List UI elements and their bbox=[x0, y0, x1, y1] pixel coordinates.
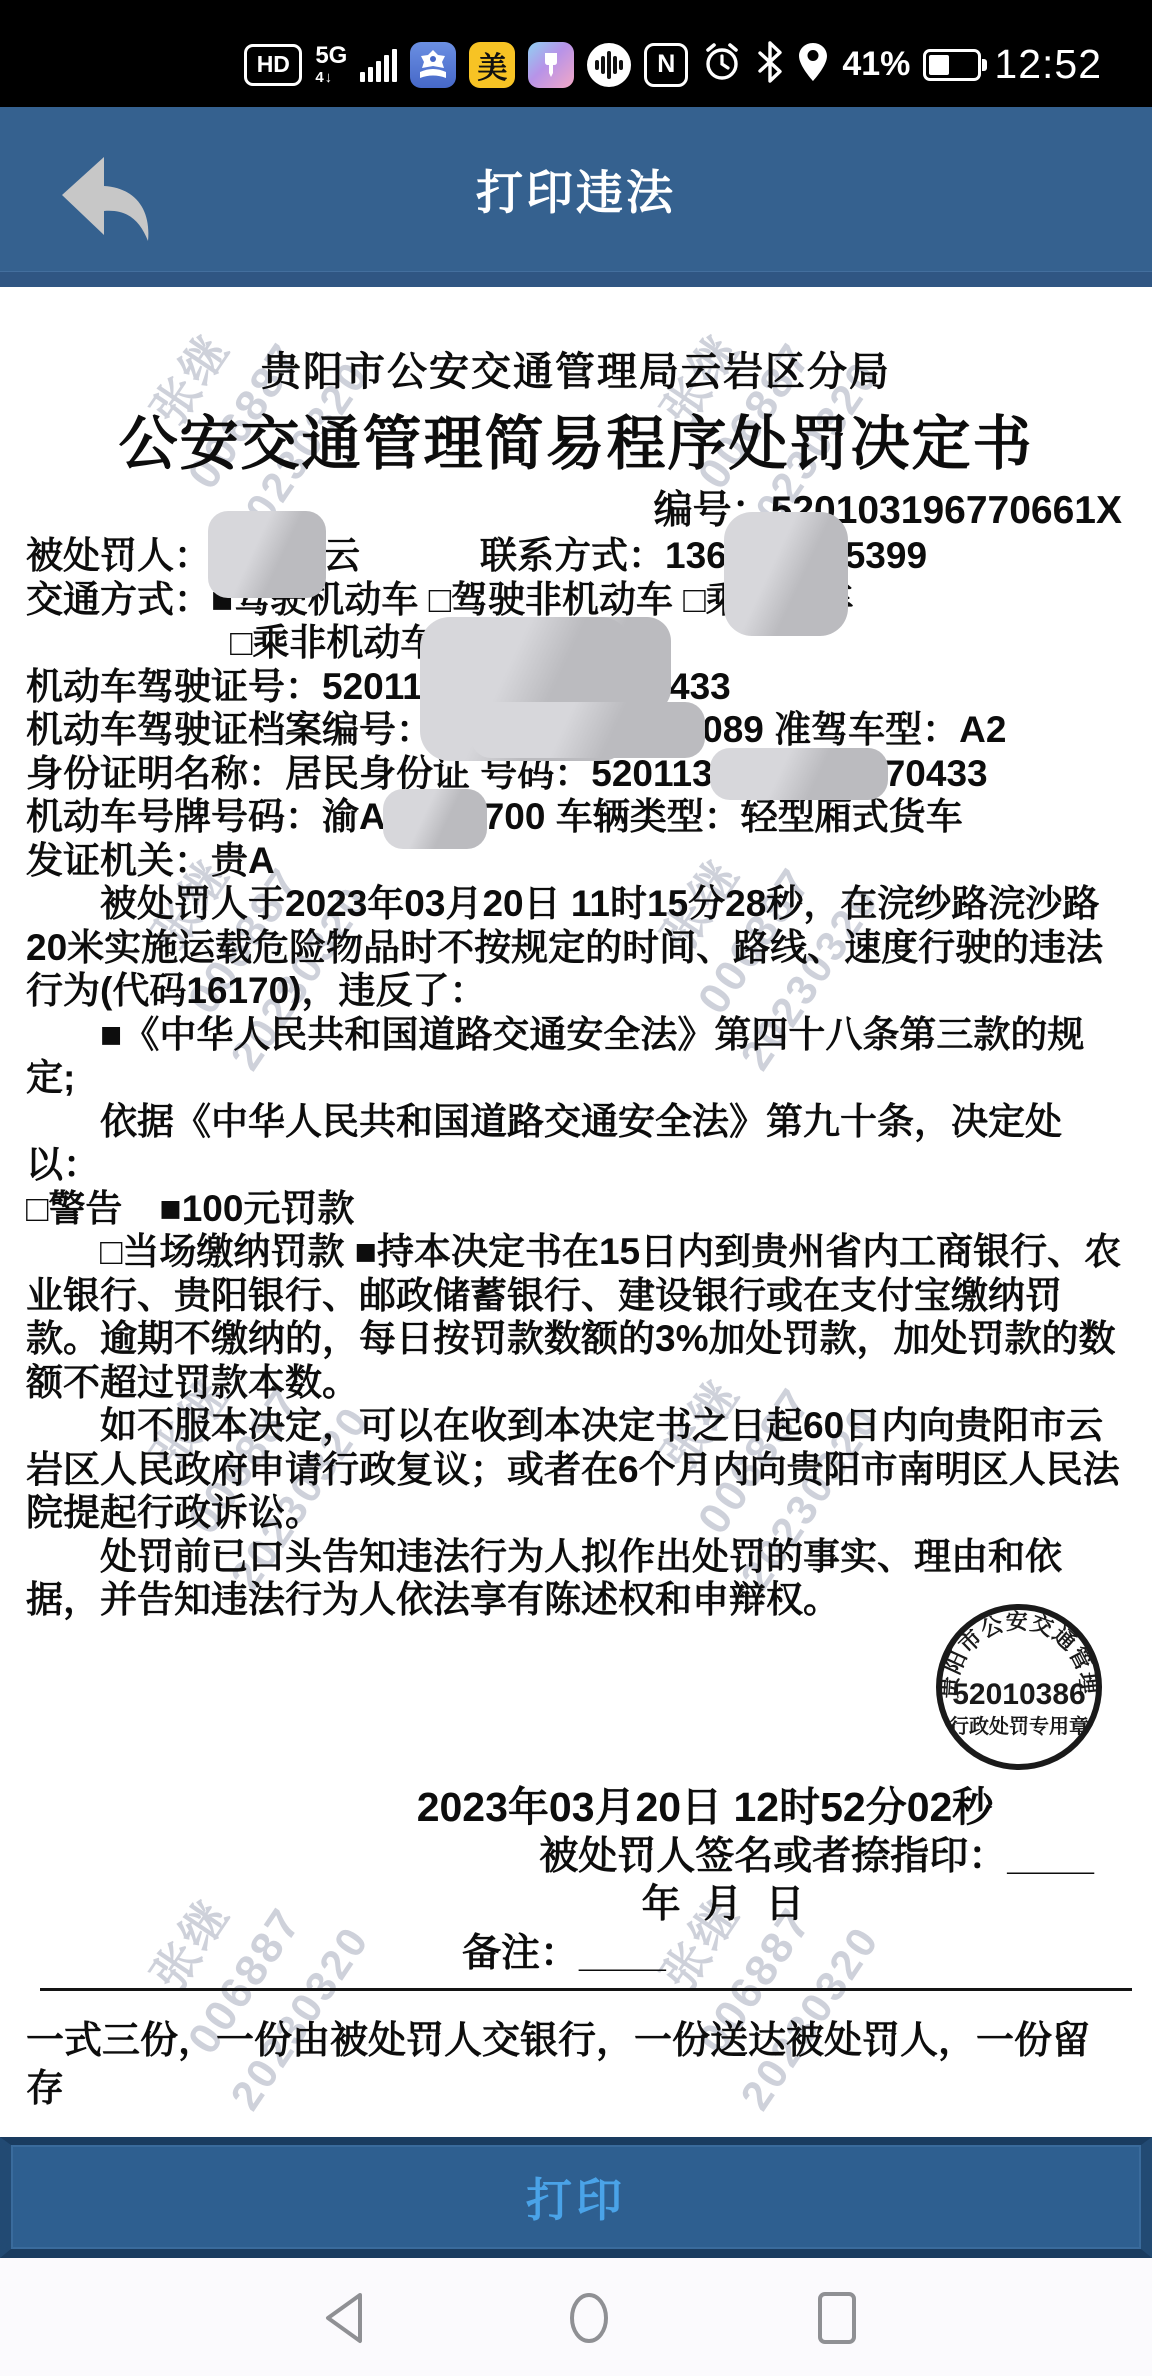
appeal-paragraph: 如不服本决定，可以在收到本决定书之日起60日内向贵阳市云岩区人民政府申请行政复议… bbox=[26, 1404, 1126, 1535]
penalty-document: 张继 006887 20230320 张继 006887 20230320 张继… bbox=[0, 287, 1152, 2137]
file-number-row: 机动车驾驶证档案编号：52089 准驾车型：A2 bbox=[26, 708, 1126, 752]
note-blank: ____ bbox=[579, 1932, 666, 1975]
nav-home-button[interactable] bbox=[567, 2290, 611, 2351]
divider-line bbox=[40, 1988, 1132, 1991]
header-strip bbox=[0, 271, 1152, 287]
page-title: 打印违法 bbox=[0, 107, 1152, 272]
transport-row: 交通方式：■驾驶机动车 □驾驶非机动车 □乘机动车 bbox=[26, 578, 1126, 622]
battery-icon bbox=[923, 49, 981, 81]
official-stamp: 贵阳市公安交通管理局云岩区分局 52010386 行政处罚专用章 bbox=[933, 1601, 1105, 1773]
android-nav-bar bbox=[0, 2258, 1152, 2376]
nfc-icon: N bbox=[644, 43, 688, 87]
redaction-phone bbox=[727, 538, 845, 574]
document-content: 贵阳市公安交通管理局云岩区分局 公安交通管理简易程序处罚决定书 编号：52010… bbox=[0, 287, 1152, 1622]
checkbox-ride-nonmotor: □乘非机动车 bbox=[230, 622, 437, 663]
date-blank-row: 年 月 日 bbox=[300, 1881, 1152, 1929]
meituan-app-notification-icon: 美 bbox=[469, 42, 515, 88]
payment-paragraph: □当场缴纳罚款 ■持本决定书在15日内到贵州省内工商银行、农业银行、贵阳银行、邮… bbox=[26, 1230, 1126, 1404]
nav-back-button[interactable] bbox=[320, 2290, 366, 2351]
network-type: 5G 4↓ bbox=[315, 44, 347, 85]
battery-percent: 41% bbox=[842, 45, 910, 84]
status-bar: HD 5G 4↓ 美 N bbox=[0, 0, 1152, 107]
app-header: 打印违法 bbox=[0, 107, 1152, 287]
nav-recents-button[interactable] bbox=[817, 2290, 857, 2351]
decision-datetime: 2023年03月20日 12时52分02秒 bbox=[258, 1782, 1152, 1832]
law-clause-paragraph: ■《中华人民共和国道路交通安全法》第四十八条第三款的规定; bbox=[26, 1013, 1126, 1100]
print-button-label: 打印 bbox=[526, 2164, 626, 2230]
signature-blank: ____ bbox=[1007, 1835, 1094, 1878]
location-icon bbox=[797, 41, 829, 88]
violation-paragraph: 被处罚人于2023年03月20日 11时15分28秒，在浣纱路浣沙路20米实施运… bbox=[26, 882, 1126, 1013]
document-title: 公安交通管理简易程序处罚决定书 bbox=[26, 409, 1126, 479]
issuer-row: 发证机关：贵A bbox=[26, 839, 1126, 883]
bluetooth-icon bbox=[756, 40, 784, 89]
checkbox-drive-nonmotor: □驾驶非机动车 bbox=[429, 579, 673, 620]
redaction-name bbox=[211, 538, 323, 574]
network-sub-label: 4↓ bbox=[315, 70, 333, 85]
redaction-file-number bbox=[474, 712, 702, 748]
police-app-notification-icon bbox=[410, 42, 456, 88]
issuing-agency: 贵阳市公安交通管理局云岩区分局 bbox=[26, 347, 1126, 397]
stamp-label: 行政处罚专用章 bbox=[949, 1714, 1089, 1738]
screen: { "colors": { "header_blue": "#35618f", … bbox=[0, 0, 1152, 2376]
document-number: 编号：520103196770661X bbox=[26, 487, 1126, 534]
closing-block: 2023年03月20日 12时52分02秒 被处罚人签名或者捺指印：____ 年… bbox=[0, 1782, 1152, 2113]
copies-note: 一式三份，一份由被处罚人交银行，一份送达被处罚人，一份留存 bbox=[0, 2017, 1152, 2113]
status-time: 12:52 bbox=[994, 41, 1102, 88]
signature-row: 被处罚人签名或者捺指印：____ bbox=[0, 1832, 1152, 1881]
penalty-options-row: □警告 ■100元罚款 bbox=[26, 1187, 1126, 1231]
note-row: 备注：____ bbox=[0, 1929, 1152, 1978]
person-row: 被处罚人：云联系方式：1365399 bbox=[26, 534, 1126, 578]
stamp-code: 52010386 bbox=[952, 1678, 1085, 1711]
redaction-id-number bbox=[713, 756, 885, 792]
redaction-license bbox=[423, 669, 628, 705]
paintbrush-app-notification-icon bbox=[528, 42, 574, 88]
print-button[interactable]: 打印 bbox=[0, 2137, 1152, 2258]
hd-icon: HD bbox=[244, 44, 302, 86]
plate-row: 机动车号牌号码：渝A700 车辆类型：轻型厢式货车 bbox=[26, 795, 1126, 839]
alarm-icon bbox=[701, 41, 743, 88]
decision-basis-paragraph: 依据《中华人民共和国道路交通安全法》第九十条，决定处以： bbox=[26, 1100, 1126, 1187]
network-5g-label: 5G bbox=[315, 44, 347, 68]
signal-bars-icon bbox=[360, 48, 397, 82]
redaction-plate bbox=[386, 799, 484, 835]
voice-recorder-icon bbox=[587, 43, 631, 87]
